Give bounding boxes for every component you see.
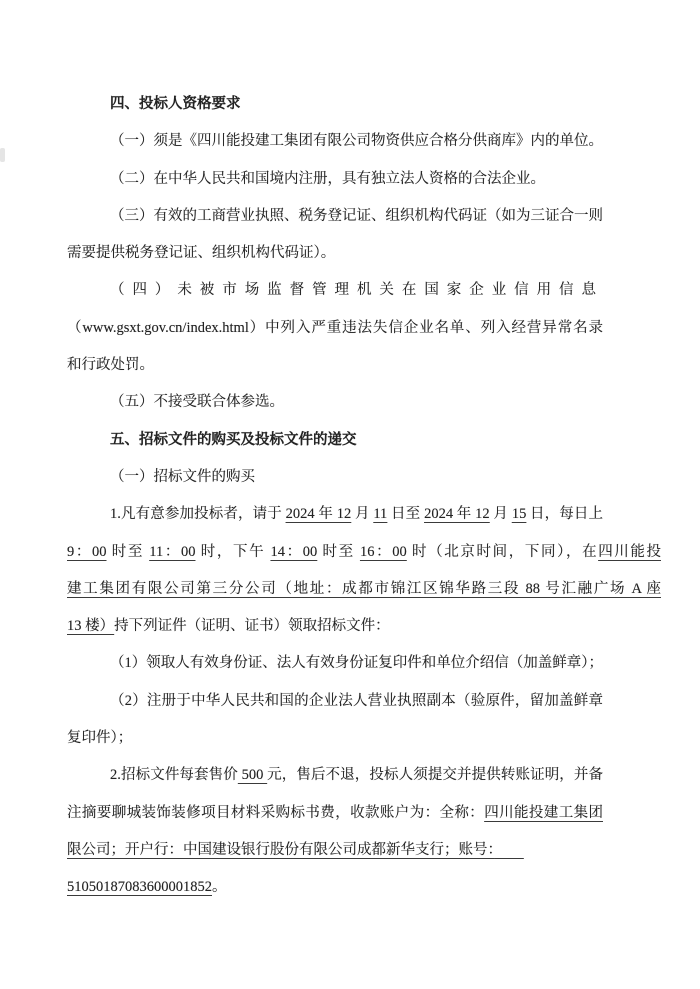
doc-line: （三）有效的工商营业执照、税务登记证、组织机构代码证（如为三证合一则不 [67, 198, 603, 235]
underlined-text-run: 11 [373, 506, 387, 522]
doc-line: （二）在中华人民共和国境内注册，具有独立法人资格的合法企业。 [67, 161, 603, 198]
doc-line: （一）招标文件的购买 [67, 459, 603, 496]
text-run: （www.gsxt.gov.cn/index.html）中列入严重违法失信企业名… [67, 320, 603, 336]
underlined-text-run: 四川能投 [598, 544, 661, 560]
text-run: 1.凡有意参加投标者，请于 [110, 506, 286, 522]
text-run: 持下列证件（证明、证书）领取招标文件： [114, 618, 390, 634]
text-run: （二）在中华人民共和国境内注册，具有独立法人资格的合法企业。 [110, 171, 545, 187]
doc-line: 限公司；开户行：中国建设银行股份有限公司成都新华支行；账号： [67, 832, 603, 869]
document-body: 四、投标人资格要求（一）须是《四川能投建工集团有限公司物资供应合格分供商库》内的… [67, 86, 603, 907]
underlined-text-run: 16：00 [360, 544, 407, 560]
text-run: （三）有效的工商营业执照、税务登记证、组织机构代码证（如为三证合一则不 [110, 208, 603, 235]
doc-line: 建工集团有限公司第三分公司（地址：成都市锦江区锦华路三段 88 号汇融广场 A … [67, 571, 661, 608]
section-heading-line: 四、投标人资格要求 [67, 86, 603, 123]
text-run: 月 [351, 506, 373, 522]
underlined-text-run: 51050187083600001852 [67, 879, 212, 895]
text-run: 元，售后不退，投标人须提交并提供转账证明，并备 [267, 767, 603, 783]
text-run: （五）不接受联合体参选。 [110, 394, 284, 410]
underlined-text-run: 14：00 [270, 544, 317, 560]
text-run: （一）须是《四川能投建工集团有限公司物资供应合格分供商库》内的单位。 [110, 133, 603, 149]
text-run: 需要提供税务登记证、组织机构代码证）。 [67, 245, 335, 261]
underlined-text-run: 11：00 [149, 544, 195, 560]
underlined-text-run: 15 [512, 506, 527, 522]
text-run: 和行政处罚。 [67, 357, 154, 373]
doc-line: 13 楼）持下列证件（证明、证书）领取招标文件： [67, 608, 603, 645]
text-run: 时至 [317, 544, 360, 560]
doc-line: 注摘要聊城装饰装修项目材料采购标书费，收款账户为：全称：四川能投建工集团有 [67, 795, 603, 832]
doc-line: 51050187083600001852。 [67, 869, 603, 906]
doc-line: 2.招标文件每套售价 500 元，售后不退，投标人须提交并提供转账证明，并备 [67, 757, 603, 794]
underlined-text-run: 2024 年 12 [424, 506, 490, 522]
text-run: 时（北京时间，下同），在 [407, 544, 598, 560]
underlined-text-run [495, 842, 524, 858]
doc-line: 9：00 时至 11：00 时，下午 14：00 时至 16：00 时（北京时间… [67, 534, 661, 571]
text-run: 时，下午 [195, 544, 270, 560]
text-run: （1）领取人有效身份证、法人有效身份证复印件和单位介绍信（加盖鲜章）； [110, 655, 603, 671]
text-run: 注摘要聊城装饰装修项目材料采购标书费，收款账户为：全称： [67, 805, 484, 821]
doc-line: 需要提供税务登记证、组织机构代码证）。 [67, 235, 603, 272]
doc-line: （1）领取人有效身份证、法人有效身份证复印件和单位介绍信（加盖鲜章）； [67, 645, 603, 682]
text-run: （四）未被市场监督管理机关在国家企业信用信息公示系统 [110, 282, 603, 309]
underlined-text-run: 建工集团有限公司第三分公司（地址：成都市锦江区锦华路三段 88 号汇融广场 A … [67, 581, 661, 597]
underlined-text-run: 2024 年 12 [286, 506, 352, 522]
text-run: 2.招标文件每套售价 [110, 767, 238, 783]
scan-speck [0, 148, 5, 162]
doc-line: 和行政处罚。 [67, 347, 603, 384]
text-run: 五、招标文件的购买及投标文件的递交 [110, 432, 357, 448]
doc-line: （www.gsxt.gov.cn/index.html）中列入严重违法失信企业名… [67, 310, 603, 347]
text-run: 时至 [107, 544, 150, 560]
underlined-text-run: 13 楼） [67, 618, 114, 634]
doc-line: （2）注册于中华人民共和国的企业法人营业执照副本（验原件，留加盖鲜章的 [67, 683, 603, 720]
text-run: 四、投标人资格要求 [110, 96, 241, 112]
section-heading-line: 五、招标文件的购买及投标文件的递交 [67, 422, 603, 459]
text-run: （2）注册于中华人民共和国的企业法人营业执照副本（验原件，留加盖鲜章的 [110, 693, 603, 720]
doc-line: 1.凡有意参加投标者，请于 2024 年 12 月 11 日至 2024 年 1… [67, 496, 603, 533]
underlined-text-run: 500 [238, 767, 267, 783]
underlined-text-run: 限公司；开户行：中国建设银行股份有限公司成都新华支行；账号： [67, 842, 495, 858]
text-run: 日至 [387, 506, 424, 522]
text-run: （一）招标文件的购买 [110, 469, 255, 485]
underlined-text-run: 9：00 [67, 544, 107, 560]
doc-line: （一）须是《四川能投建工集团有限公司物资供应合格分供商库》内的单位。 [67, 123, 603, 160]
doc-line: 复印件）； [67, 720, 603, 757]
document-page: 四、投标人资格要求（一）须是《四川能投建工集团有限公司物资供应合格分供商库》内的… [0, 0, 700, 989]
text-run: 月 [490, 506, 512, 522]
doc-line: （五）不接受联合体参选。 [67, 384, 603, 421]
text-run: 复印件）； [67, 730, 132, 746]
doc-line: （四）未被市场监督管理机关在国家企业信用信息公示系统 [67, 272, 603, 309]
text-run: 。 [212, 879, 227, 895]
